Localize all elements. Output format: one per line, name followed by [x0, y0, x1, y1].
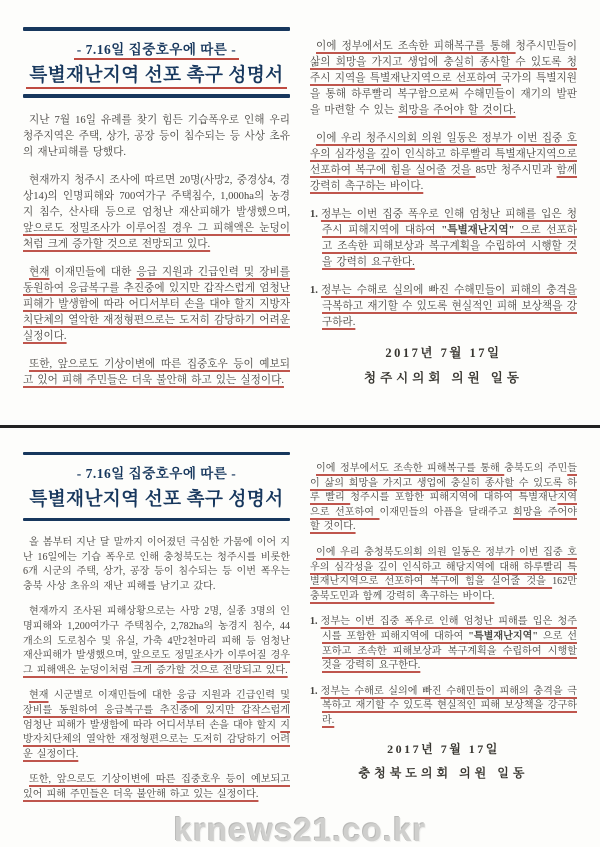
numbered-demand-item: 1.정부는 수해로 실의에 빠진 수해민들이 피해의 충격을 극복하고 재기할 …	[310, 685, 577, 729]
body-text: 현재까지 청주시 조사에 따르면 20명(사망2, 중경상4, 경상14)의 인…	[23, 175, 290, 218]
red-underlined-text: 이에 우리 충청북도의회 의원 일동은 정부가 이번 집중 호우의 심각성을 깊…	[310, 547, 577, 587]
numbered-demand-item: 1.정부는 이번 집중 폭우로 인해 엄청난 피해를 입은 청주시 피해지역에 …	[310, 207, 577, 271]
page2-date: 2017년 7월 17일	[310, 740, 577, 757]
title-line1-wrap: - 7.16일 집중호우에 따른 -	[23, 462, 290, 483]
red-underlined-text: 충북도민과 함께 강력히 촉구하는 바이다.	[310, 591, 494, 602]
red-underlined-text: 응급 지원과 긴급인력 및 장비를 동원하여 응급복구를 추진중에 있지만 갑작…	[23, 267, 290, 342]
paragraph: 이에 정부에서도 조속한 피해복구를 통해 청주시민들이 삶의 희망을 가지고 …	[310, 39, 577, 119]
page-2: - 7.16일 집중호우에 따른 - 특별재난지역 선포 촉구 성명서 올 봄부…	[0, 428, 600, 847]
red-underlined-text: 이에 정부에서도 조속한 피해복구를 통해	[316, 41, 516, 52]
page2-signature: 충청북도의회 의원 일동	[310, 764, 577, 781]
title-bottom-rule	[23, 518, 290, 521]
paragraph: 현재 이재민들에 대한 응급 지원과 긴급인력 및 장비를 동원하여 응급복구를…	[23, 265, 290, 345]
red-underlined-text: 정부는 수해로 실의에 빠진 수해민들이 피해의 충격을 극복하고 재기할 수 …	[321, 686, 577, 726]
red-underlined-text: 또한, 앞으로도 기상이변에 따른 집중호우 등이 예보되고 있어 피해 주민들…	[23, 359, 290, 386]
page1-right-column: 이에 정부에서도 조속한 피해복구를 통해 청주시민들이 삶의 희망을 가지고 …	[300, 27, 587, 425]
paragraph: 이에 우리 청주시의회 의원 일동은 정부가 이번 집중 호우의 심각성을 깊이…	[310, 131, 577, 195]
body-text: 충북도의 주민	[504, 463, 567, 474]
red-underlined-text: 앞으로도 정밀조사가 이루어질 경우 그 피해액은 눈덩이처럼 크게 증가할 것…	[23, 223, 290, 250]
red-underlined-text: "특별재난지역"	[468, 631, 538, 642]
list-item-marker: 1.	[310, 209, 321, 220]
paragraph: 또한, 앞으로도 기상이변에 따른 집중호우 등이 예보되고 있어 피해 주민들…	[23, 773, 290, 802]
title-bottom-rule	[23, 94, 290, 98]
title-top-rule	[23, 452, 290, 455]
title-line1-wrap: - 7.16일 집중호우에 따른 -	[23, 38, 290, 59]
page2-right-column: 이에 정부에서도 조속한 피해복구를 통해 충북도의 주민들이 삶의 희망을 가…	[300, 452, 587, 847]
list-item-marker: 1.	[310, 616, 321, 627]
body-text: 이재민들에 대한	[49, 267, 136, 278]
list-item-marker: 1.	[310, 686, 321, 697]
red-underlined-text: 현재	[29, 690, 49, 701]
body-text: 올 봄부터 지난 달 말까지 이어졌던 극심한 가뭄에 이어 지난 16일에는 …	[23, 537, 290, 592]
body-text: 지난 7월 16일 유례를 찾기 힘든 기습폭우로 인해 우리 청주지역은 주택…	[23, 115, 290, 158]
page-1: - 7.16일 집중호우에 따른 - 특별재난지역 선포 촉구 성명서 지난 7…	[0, 0, 600, 425]
page2-title-block: - 7.16일 집중호우에 따른 - 특별재난지역 선포 촉구 성명서	[23, 452, 290, 521]
title-top-rule	[23, 27, 290, 31]
page1-title-block: - 7.16일 집중호우에 따른 - 특별재난지역 선포 촉구 성명서	[23, 27, 290, 98]
paragraph: 이에 우리 충청북도의회 의원 일동은 정부가 이번 집중 호우의 심각성을 깊…	[310, 546, 577, 604]
body-text: 시군별로 이재민들에 대한	[49, 690, 177, 701]
page2-title-line2: 특별재난지역 선포 촉구 성명서	[29, 490, 283, 510]
red-underlined-text: 정부는 수해로 실의에 빠진 수해민들이 피해의 충격을 극복하고 재기할 수 …	[321, 285, 577, 328]
page1-title-line2: 특별재난지역 선포 촉구 성명서	[26, 66, 286, 89]
red-underlined-text: 이에 정부에서도 조속한 피해복구를 통해	[316, 463, 504, 474]
body-text: 청주시민들이	[516, 41, 577, 52]
page2-right-body: 이에 정부에서도 조속한 피해복구를 통해 충북도의 주민들이 삶의 희망을 가…	[310, 462, 577, 729]
paragraph: 또한, 앞으로도 기상이변에 따른 집중호우 등이 예보되고 있어 피해 주민들…	[23, 357, 290, 389]
red-underlined-text: "특별재난지역"	[441, 225, 514, 236]
body-text: 162만	[552, 576, 577, 587]
page1-title-line1: - 7.16일 집중호우에 따른 -	[74, 42, 239, 60]
red-underlined-text: 희망을 주어야 할 것이다.	[398, 105, 515, 116]
paragraph: 이에 정부에서도 조속한 피해복구를 통해 충북도의 주민들이 삶의 희망을 가…	[310, 462, 577, 535]
paragraph: 지난 7월 16일 유례를 찾기 힘든 기습폭우로 인해 우리 청주지역은 주택…	[23, 113, 290, 161]
page1-right-body: 이에 정부에서도 조속한 피해복구를 통해 청주시민들이 삶의 희망을 가지고 …	[310, 39, 577, 331]
numbered-demand-item: 1.정부는 수해로 실의에 빠진 수해민들이 피해의 충격을 극복하고 재기할 …	[310, 283, 577, 331]
site-watermark: krnews21.co.kr	[174, 811, 426, 849]
page1-date: 2017년 7월 17일	[310, 343, 577, 361]
list-item-marker: 1.	[310, 285, 321, 296]
numbered-demand-item: 1.정부는 이번 집중 폭우로 인해 엄청난 피해를 입은 청주시를 포함한 피…	[310, 615, 577, 673]
red-underlined-text: 또한, 앞으로도 기상이변에 따른 집중호우 등이 예보되고 있어 피해 주민들…	[23, 774, 290, 800]
body-text: 청주시를 포함한 피해지역에 대하여 특별재난	[350, 492, 557, 503]
body-text: 엄청난 피해가 발생함에 따라 어디서부터 손을 대야 할지	[23, 720, 280, 731]
title-line2-wrap: 특별재난지역 선포 촉구 성명서	[23, 485, 290, 511]
page1-left-body: 지난 7월 16일 유례를 찾기 힘든 기습폭우로 인해 우리 청주지역은 주택…	[23, 113, 290, 389]
red-underlined-text: 현재	[29, 267, 49, 278]
page2-left-column: - 7.16일 집중호우에 따른 - 특별재난지역 선포 촉구 성명서 올 봄부…	[13, 452, 300, 847]
page2-left-body: 올 봄부터 지난 달 말까지 이어졌던 극심한 가뭄에 이어 지난 16일에는 …	[23, 536, 290, 803]
body-text: 이재민들의 아픔을 달래주고	[380, 507, 514, 518]
paragraph: 올 봄부터 지난 달 말까지 이어졌던 극심한 가뭄에 이어 지난 16일에는 …	[23, 536, 290, 594]
body-text: 85만 청주시민과	[476, 165, 557, 176]
page1-signature: 청주시의회 의원 일동	[310, 368, 577, 386]
paragraph: 현재 시군별로 이재민들에 대한 응급 지원과 긴급인력 및 장비를 동원하여 …	[23, 689, 290, 762]
paragraph: 현재까지 청주시 조사에 따르면 20명(사망2, 중경상4, 경상14)의 인…	[23, 173, 290, 253]
title-line2-wrap: 특별재난지역 선포 촉구 성명서	[23, 61, 290, 87]
scanned-statement-document: - 7.16일 집중호우에 따른 - 특별재난지역 선포 촉구 성명서 지난 7…	[0, 0, 600, 850]
paragraph: 현재까지 조사된 피해상황으로는 사망 2명, 실종 3명의 인명피해와 1,2…	[23, 605, 290, 678]
page1-left-column: - 7.16일 집중호우에 따른 - 특별재난지역 선포 촉구 성명서 지난 7…	[13, 27, 300, 425]
page2-title-line1: - 7.16일 집중호우에 따른 -	[77, 466, 236, 481]
